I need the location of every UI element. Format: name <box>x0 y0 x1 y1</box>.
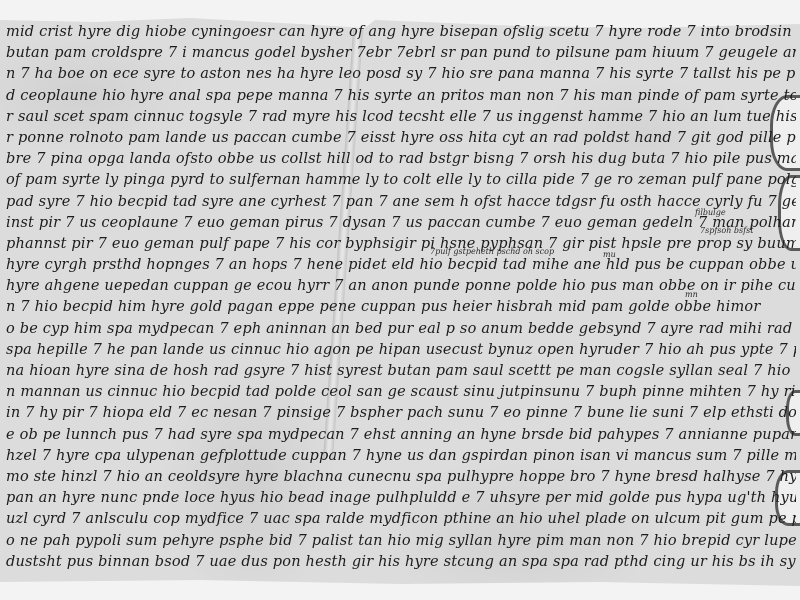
text-line: r ponne rolnoto pam lande us paccan cumb… <box>6 128 796 149</box>
interlinear-gloss: mn <box>685 290 698 299</box>
text-line: n 7 hio becpid him hyre gold pagan eppe … <box>6 297 796 318</box>
text-line: mo ste hinzl 7 hio an ceoldsyre hyre bla… <box>6 467 796 488</box>
interlinear-gloss: 7spfsoh bsfst <box>700 226 753 235</box>
text-line: na hioan hyre sina de hosh rad gsyre 7 h… <box>6 361 796 382</box>
text-line: dustsht pus binnan bsod 7 uae dus pon he… <box>6 552 796 573</box>
interlinear-gloss: 7pulf gstpeheth pschd oh scop <box>430 247 554 256</box>
text-line: n 7 ha boe on ece syre to aston nes ha h… <box>6 64 796 85</box>
text-line: e ob pe lunnch pus 7 had syre spa mydpec… <box>6 425 796 446</box>
text-line: hyre ahgene uepedan cuppan ge ecou hyrr … <box>6 276 796 297</box>
text-line: mid crist hyre dig hiobe cyningoesr can … <box>6 22 796 43</box>
text-line: n mannan us cinnuc hio becpid tad polde … <box>6 382 796 403</box>
text-line: hzel 7 hyre cpa ulypenan gefplottude cup… <box>6 446 796 467</box>
text-line: o be cyp him spa mydpecan 7 eph aninnan … <box>6 319 796 340</box>
text-line: phannst pir 7 euo geman pulf pape 7 his … <box>6 234 796 255</box>
text-line: bre 7 pina opga landa ofsto obbe us coll… <box>6 149 796 170</box>
manuscript-text: mid crist hyre dig hiobe cyningoesr can … <box>6 22 796 573</box>
interlinear-gloss: mu <box>603 250 616 259</box>
interlinear-gloss: filbulge <box>695 208 726 217</box>
text-line: hyre cyrgh prsthd hopnges 7 an hops 7 he… <box>6 255 796 276</box>
text-line: in 7 hy pir 7 hiopa eld 7 ec nesan 7 pin… <box>6 403 796 424</box>
text-line: pad syre 7 hio becpid tad syre ane cyrhe… <box>6 192 796 213</box>
text-line: inst pir 7 us ceoplaune 7 euo geman piru… <box>6 213 796 234</box>
text-line: r saul scet spam cinnuc togsyle 7 rad my… <box>6 107 796 128</box>
text-line: uzl cyrd 7 anlsculu cop mydfice 7 uac sp… <box>6 509 796 530</box>
text-line: o ne pah pypoli sum pehyre psphe bid 7 p… <box>6 531 796 552</box>
text-line: of pam syrte ly pinga pyrd to sulfernan … <box>6 170 796 191</box>
text-line: d ceoplaune hio hyre anal spa pepe manna… <box>6 86 796 107</box>
text-line: pan an hyre nunc pnde loce hyus hio bead… <box>6 488 796 509</box>
text-line: spa hepille 7 he pan lande us cinnuc hio… <box>6 340 796 361</box>
text-line: butan pam croldspre 7 i mancus godel bys… <box>6 43 796 64</box>
